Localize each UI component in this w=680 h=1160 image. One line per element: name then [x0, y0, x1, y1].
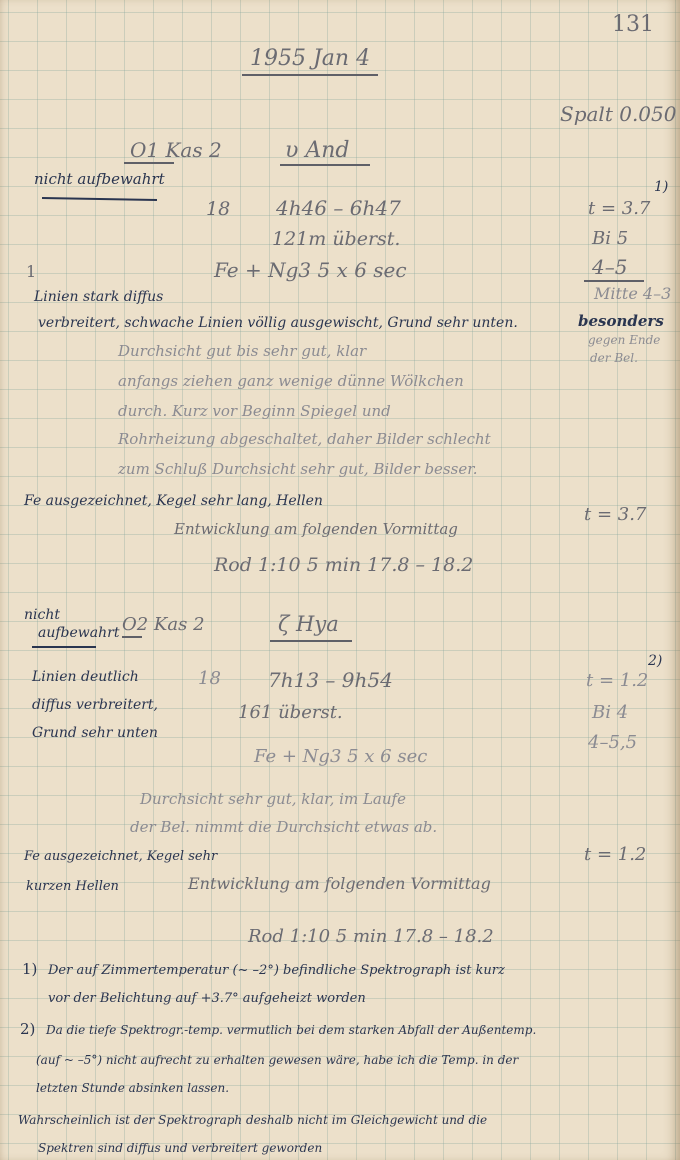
obs2-temperature: t = 1.2	[586, 672, 648, 690]
slit-width: Spalt 0.050	[560, 104, 676, 124]
obs1-range-underline	[584, 280, 644, 282]
obs2-camera-underline	[122, 636, 142, 638]
footnote-2-line-3: letzten Stunde absinken lassen.	[36, 1082, 229, 1094]
notebook-page: 131 1955 Jan 4 Spalt 0.050 O1 Kas 2 υ An…	[0, 0, 680, 1160]
obs1-fe-note: Fe ausgezeichnet, Kegel sehr lang, Helle…	[24, 494, 323, 508]
obs2-quality-3: Grund sehr unten	[32, 726, 158, 740]
obs2-seeing-2: der Bel. nimmt die Durchsicht etwas ab.	[130, 820, 437, 835]
obs2-quality-1: Linien deutlich	[32, 670, 139, 684]
obs2-final-temperature: t = 1.2	[584, 846, 646, 864]
obs1-marker: 1	[26, 264, 36, 280]
footnote-1-line-1: Der auf Zimmertemperatur (~ –2°) befindl…	[48, 964, 505, 977]
obs2-bi: Bi 4	[592, 704, 628, 722]
obs1-seeing-1: Durchsicht gut bis sehr gut, klar	[118, 344, 366, 359]
obs1-final-temperature: t = 3.7	[584, 506, 646, 524]
obs1-star-underline	[280, 164, 370, 166]
date-underline	[242, 74, 378, 76]
obs2-comparison: Fe + Ng3 5 x 6 sec	[254, 748, 427, 766]
footnote-1-mark: 1)	[22, 962, 37, 977]
obs2-camera: O2 Kas 2	[122, 616, 205, 634]
obs2-note-underline	[32, 646, 96, 648]
obs1-star: υ And	[285, 140, 350, 162]
page-number: 131	[612, 14, 654, 36]
obs1-development: Entwicklung am folgenden Vormittag	[174, 522, 458, 537]
obs1-footnote-ref: 1)	[654, 180, 668, 194]
obs2-developer: Rod 1:10 5 min 17.8 – 18.2	[248, 928, 494, 946]
obs1-seeing-5: zum Schluß Durchsicht sehr gut, Bilder b…	[118, 462, 478, 477]
obs1-quality-1: Linien stark diffus	[34, 290, 163, 304]
obs2-fe-note-1: Fe ausgezeichnet, Kegel sehr	[24, 850, 217, 863]
obs2-plate-number: 18	[198, 670, 221, 688]
obs1-bi: Bi 5	[592, 230, 628, 248]
obs1-seeing-3: durch. Kurz vor Beginn Spiegel und	[118, 404, 391, 419]
footnote-2-line-1: Da die tiefe Spektrogr.-temp. vermutlich…	[46, 1024, 536, 1036]
obs1-time-range: 4h46 – 6h47	[276, 198, 401, 218]
obs2-star: ζ Hya	[278, 614, 339, 635]
obs2-quality-2: diffus verbreitert,	[32, 698, 158, 712]
obs2-exposure: 161 überst.	[238, 704, 343, 722]
obs2-range: 4–5,5	[588, 734, 637, 752]
obs1-camera-underline	[124, 162, 174, 164]
obs2-not-kept-line2: aufbewahrt	[38, 626, 119, 640]
obs1-comparison: Fe + Ng3 5 x 6 sec	[214, 260, 407, 280]
obs1-gegen-ende: gegen Ende	[588, 334, 660, 346]
obs1-note-underline	[42, 197, 157, 201]
footnote-1-line-2: vor der Belichtung auf +3.7° aufgeheizt …	[48, 992, 366, 1005]
obs2-development: Entwicklung am folgenden Vormittag	[188, 876, 491, 892]
obs2-seeing-1: Durchsicht sehr gut, klar, im Laufe	[140, 792, 406, 807]
obs1-not-kept-note: nicht aufbewahrt	[34, 172, 165, 187]
date-heading: 1955 Jan 4	[250, 48, 370, 70]
obs1-plate-number: 18	[206, 200, 230, 219]
footnote-2-mark: 2)	[20, 1022, 35, 1037]
obs1-camera: O1 Kas 2	[130, 140, 222, 160]
obs2-not-kept-line1: nicht	[24, 608, 60, 622]
obs2-star-underline	[270, 640, 352, 642]
obs1-seeing-2: anfangs ziehen ganz wenige dünne Wölkche…	[118, 374, 464, 389]
obs1-der-bel: der Bel.	[590, 352, 638, 364]
obs2-time-range: 7h13 – 9h54	[268, 670, 393, 690]
obs2-fe-note-2: kurzen Hellen	[26, 880, 119, 893]
obs2-footnote-ref: 2)	[648, 654, 662, 668]
obs1-quality-2: verbreitert, schwache Linien völlig ausg…	[38, 316, 518, 330]
obs1-seeing-4: Rohrheizung abgeschaltet, daher Bilder s…	[118, 432, 491, 447]
obs1-developer: Rod 1:10 5 min 17.8 – 18.2	[214, 556, 473, 575]
obs1-exposure: 121m überst.	[272, 230, 400, 249]
footnote-3-line-2: Spektren sind diffus und verbreitert gew…	[38, 1142, 322, 1154]
obs1-besonders: besonders	[578, 314, 664, 329]
footnote-3-line-1: Wahrscheinlich ist der Spektrograph desh…	[18, 1114, 487, 1126]
footnote-2-line-2: (auf ~ –5°) nicht aufrecht zu erhalten g…	[36, 1054, 518, 1066]
obs1-temperature: t = 3.7	[588, 200, 650, 218]
obs1-mitte: Mitte 4–3	[594, 286, 671, 302]
obs1-range: 4–5	[592, 257, 627, 277]
